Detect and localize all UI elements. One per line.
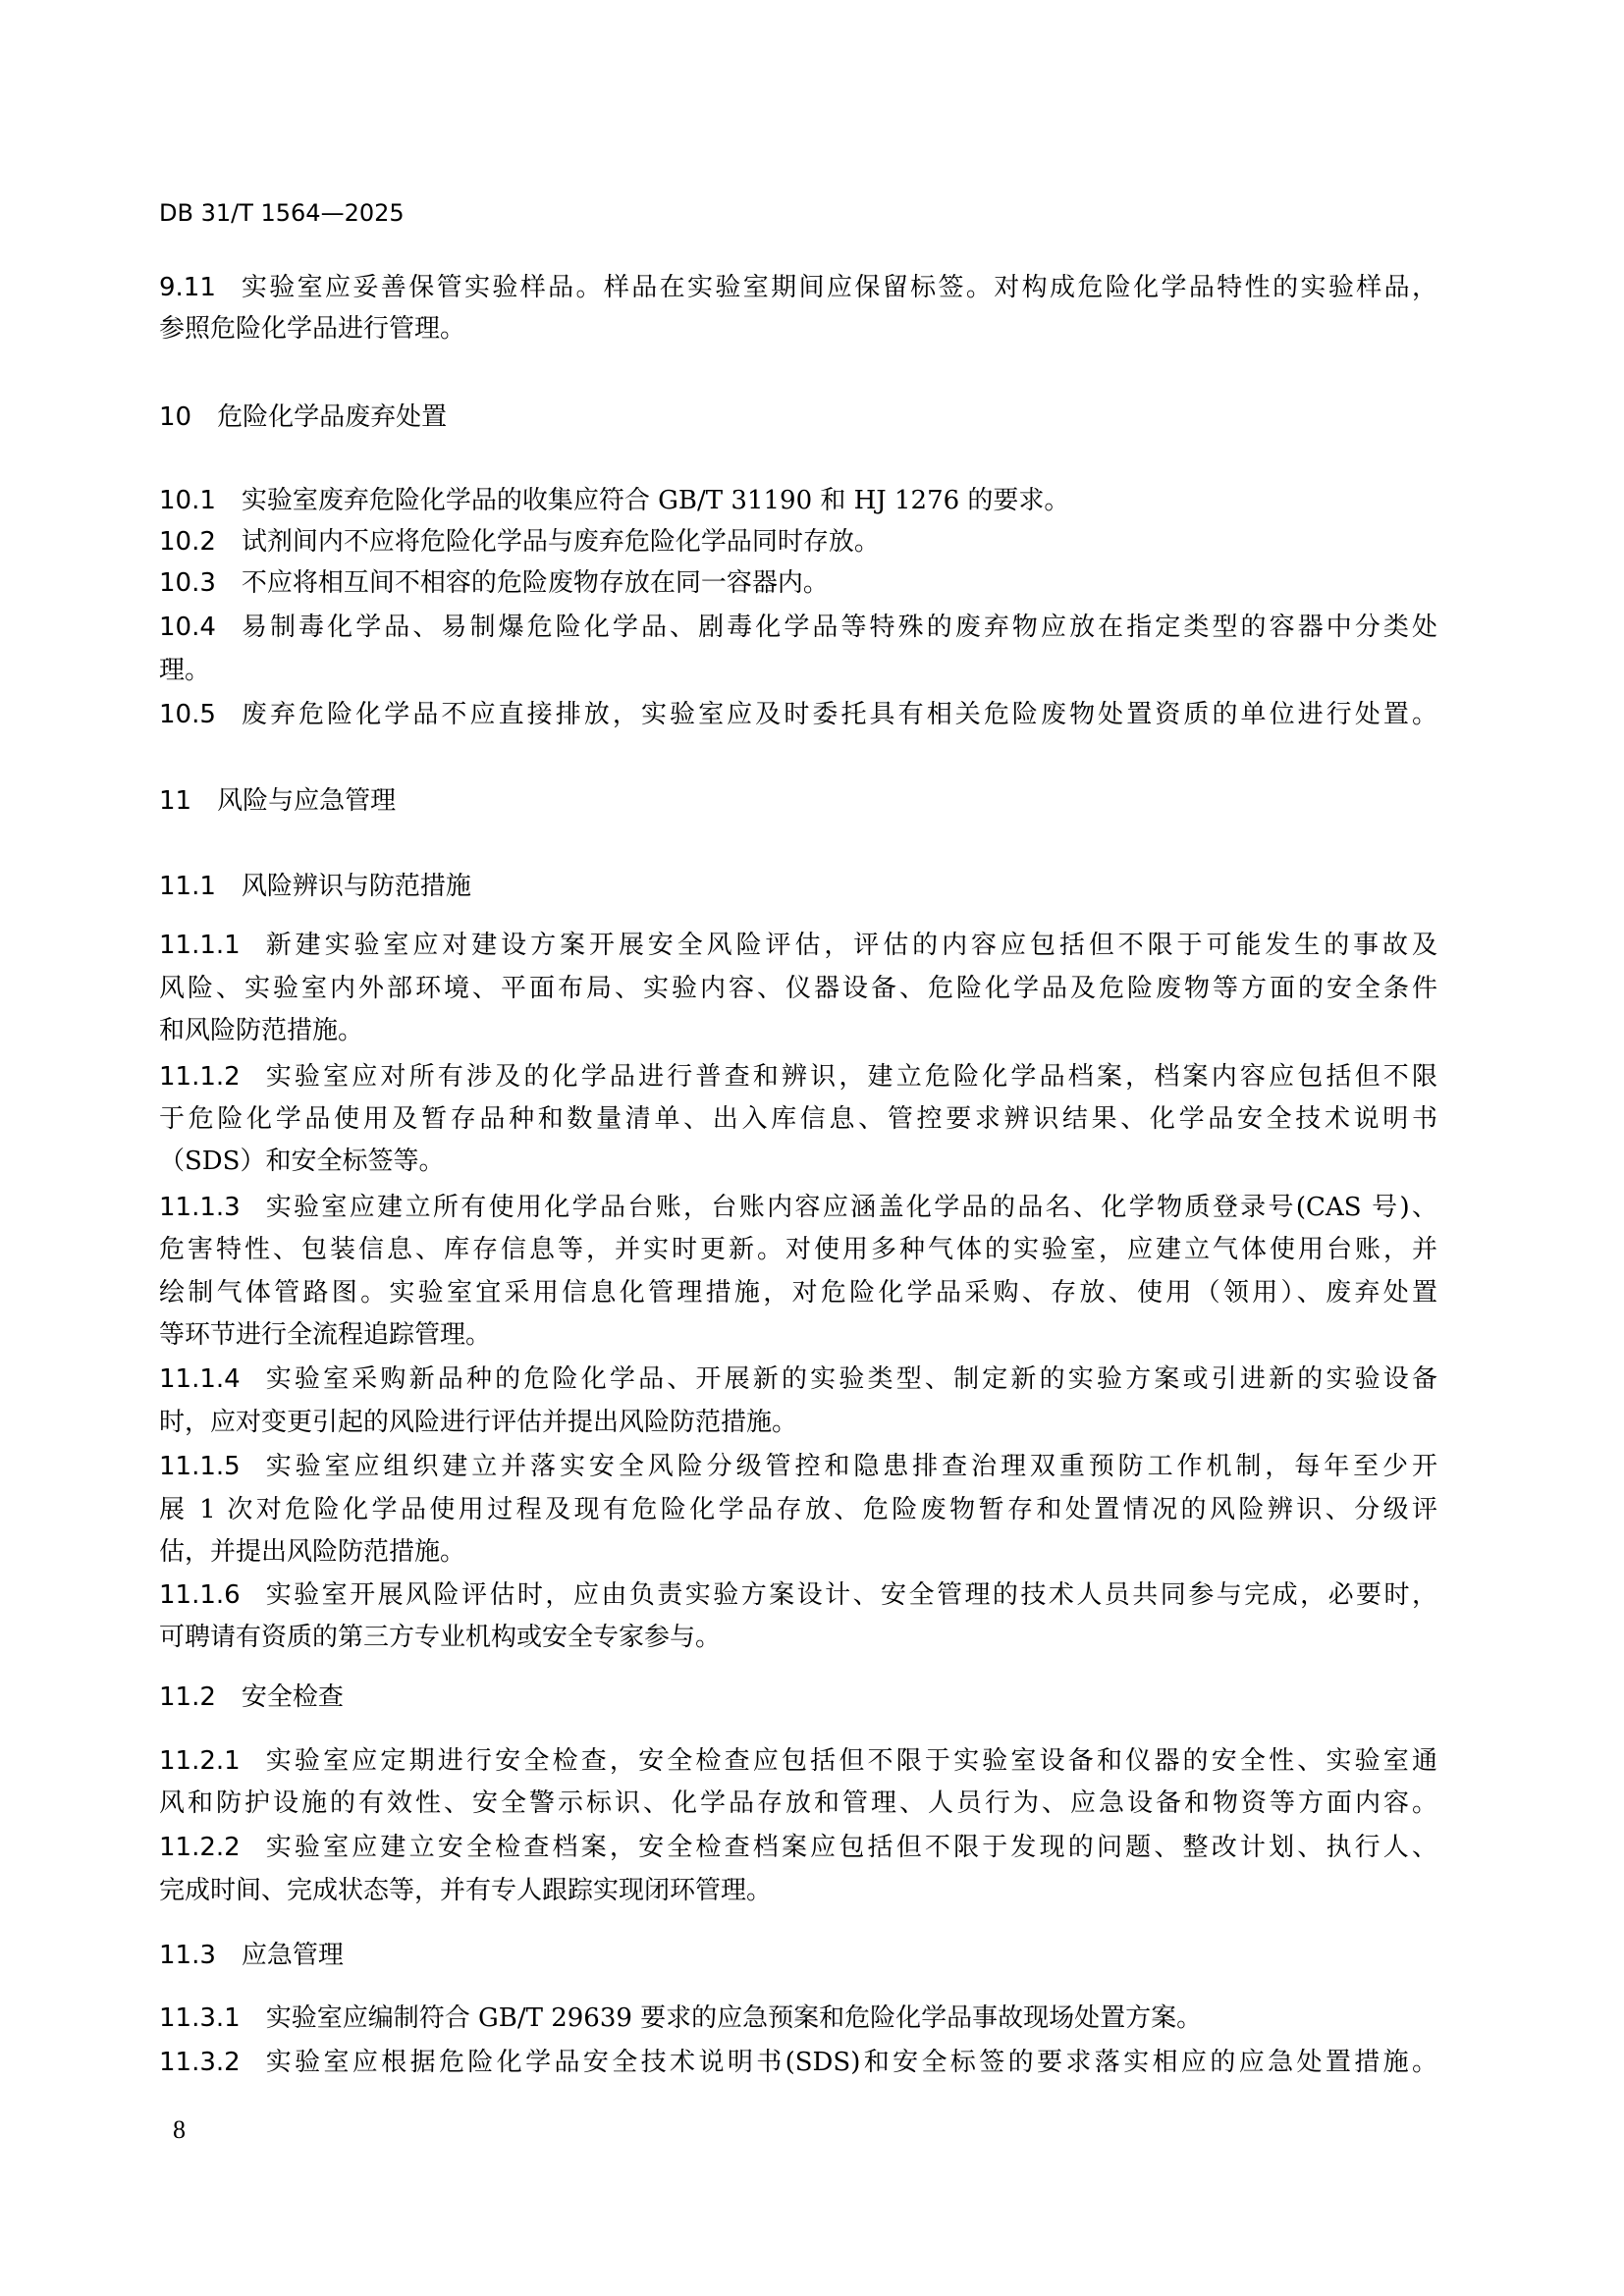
clause-number: 10.5 <box>159 700 216 729</box>
paragraph-line: 于危险化学品使用及暂存品种和数量清单、出入库信息、管控要求辨识结果、化学品安全技… <box>159 1104 1437 1134</box>
paragraph-line: 11.2.1实验室应定期进行安全检查，安全检查应包括但不限于实验室设备和仪器的安… <box>159 1746 1437 1776</box>
clause-number: 11.2.2 <box>159 1833 241 1862</box>
clause-text: 实验室应建立所有使用化学品台账，台账内容应涵盖化学品的品名、化学物质登录号(CA… <box>266 1193 1437 1222</box>
clause-text: （SDS）和安全标签等。 <box>159 1147 444 1176</box>
page-number: 8 <box>173 2115 186 2145</box>
clause-text: 风和防护设施的有效性、安全警示标识、化学品存放和管理、人员行为、应急设备和物资等… <box>159 1789 1437 1818</box>
clause-text: 理。 <box>159 656 210 685</box>
clause-number: 11.3 <box>159 1941 216 1970</box>
clause-text: 实验室应编制符合 GB/T 29639 要求的应急预案和危险化学品事故现场处置方… <box>266 2003 1202 2033</box>
paragraph-line: 展 1 次对危险化学品使用过程及现有危险化学品存放、危险废物暂存和处置情况的风险… <box>159 1495 1437 1524</box>
clause-text: 展 1 次对危险化学品使用过程及现有危险化学品存放、危险废物暂存和处置情况的风险… <box>159 1495 1437 1524</box>
paragraph-line: 和风险防范措施。 <box>159 1016 1437 1045</box>
paragraph-line: 等环节进行全流程追踪管理。 <box>159 1320 1437 1350</box>
section-heading: 11风险与应急管理 <box>159 786 1437 816</box>
clause-text: 实验室开展风险评估时，应由负责实验方案设计、安全管理的技术人员共同参与完成，必要… <box>266 1580 1437 1610</box>
clause-text: 实验室应组织建立并落实安全风险分级管控和隐患排查治理双重预防工作机制，每年至少开 <box>266 1452 1437 1481</box>
clause-text: 不应将相互间不相容的危险废物存放在同一容器内。 <box>242 568 829 598</box>
clause-number: 10 <box>159 402 191 432</box>
clause-text: 实验室应根据危险化学品安全技术说明书(SDS)和安全标签的要求落实相应的应急处置… <box>266 2048 1437 2077</box>
clause-text: 危险化学品废弃处置 <box>217 402 447 432</box>
paragraph-line: 估，并提出风险防范措施。 <box>159 1537 1437 1567</box>
clause-text: 风险、实验室内外部环境、平面布局、实验内容、仪器设备、危险化学品及危险废物等方面… <box>159 974 1437 1003</box>
clause-number: 11.3.2 <box>159 2048 241 2077</box>
clause-text: 于危险化学品使用及暂存品种和数量清单、出入库信息、管控要求辨识结果、化学品安全技… <box>159 1104 1437 1134</box>
paragraph-line: 可聘请有资质的第三方专业机构或安全专家参与。 <box>159 1623 1437 1652</box>
paragraph-line: （SDS）和安全标签等。 <box>159 1147 1437 1176</box>
clause-number: 11.1.3 <box>159 1193 241 1222</box>
clause-number: 11.3.1 <box>159 2003 241 2033</box>
clause-text: 时，应对变更引起的风险进行评估并提出风险防范措施。 <box>159 1408 797 1437</box>
clause-number: 11.2 <box>159 1682 216 1712</box>
clause-text: 安全检查 <box>242 1682 344 1712</box>
clause-number: 10.2 <box>159 527 216 557</box>
clause-number: 11.1.6 <box>159 1580 241 1610</box>
clause-text: 应急管理 <box>242 1941 344 1970</box>
clause-text: 实验室采购新品种的危险化学品、开展新的实验类型、制定新的实验方案或引进新的实验设… <box>266 1364 1437 1394</box>
paragraph-line: 11.3.2实验室应根据危险化学品安全技术说明书(SDS)和安全标签的要求落实相… <box>159 2048 1437 2077</box>
clause-text: 风险与应急管理 <box>217 786 396 816</box>
clause-text: 试剂间内不应将危险化学品与废弃危险化学品同时存放。 <box>242 527 880 557</box>
paragraph-line: 11.2.2实验室应建立安全检查档案，安全检查档案应包括但不限于发现的问题、整改… <box>159 1833 1437 1862</box>
clause-number: 11.2.1 <box>159 1746 241 1776</box>
paragraph-line: 理。 <box>159 656 1437 685</box>
paragraph-line: 完成时间、完成状态等，并有专人跟踪实现闭环管理。 <box>159 1876 1437 1905</box>
paragraph-line: 10.5废弃危险化学品不应直接排放，实验室应及时委托具有相关危险废物处置资质的单… <box>159 700 1437 729</box>
paragraph-line: 时，应对变更引起的风险进行评估并提出风险防范措施。 <box>159 1408 1437 1437</box>
paragraph-line: 10.4易制毒化学品、易制爆危险化学品、剧毒化学品等特殊的废弃物应放在指定类型的… <box>159 613 1437 642</box>
clause-number: 11 <box>159 786 191 816</box>
clause-text: 估，并提出风险防范措施。 <box>159 1537 465 1567</box>
paragraph-line: 11.1.4实验室采购新品种的危险化学品、开展新的实验类型、制定新的实验方案或引… <box>159 1364 1437 1394</box>
document-number-header: DB 31/T 1564—2025 <box>159 199 405 227</box>
clause-number: 11.1.1 <box>159 931 241 960</box>
paragraph-line: 11.1.5实验室应组织建立并落实安全风险分级管控和隐患排查治理双重预防工作机制… <box>159 1452 1437 1481</box>
paragraph-line: 11.1.1新建实验室应对建设方案开展安全风险评估，评估的内容应包括但不限于可能… <box>159 931 1437 960</box>
paragraph-line: 11.1.2实验室应对所有涉及的化学品进行普查和辨识，建立危险化学品档案，档案内… <box>159 1062 1437 1092</box>
clause-number: 10.4 <box>159 613 216 642</box>
paragraph-line: 风和防护设施的有效性、安全警示标识、化学品存放和管理、人员行为、应急设备和物资等… <box>159 1789 1437 1818</box>
paragraph-line: 10.3不应将相互间不相容的危险废物存放在同一容器内。 <box>159 568 1437 598</box>
paragraph-line: 11.3.1实验室应编制符合 GB/T 29639 要求的应急预案和危险化学品事… <box>159 2003 1437 2033</box>
paragraph-line: 绘制气体管路图。实验室宜采用信息化管理措施，对危险化学品采购、存放、使用（领用）… <box>159 1278 1437 1308</box>
clause-number: 11.1.2 <box>159 1062 241 1092</box>
clause-text: 易制毒化学品、易制爆危险化学品、剧毒化学品等特殊的废弃物应放在指定类型的容器中分… <box>242 613 1437 642</box>
clause-number: 11.1.5 <box>159 1452 241 1481</box>
clause-text: 实验室废弃危险化学品的收集应符合 GB/T 31190 和 HJ 1276 的要… <box>242 486 1070 515</box>
clause-number: 10.3 <box>159 568 216 598</box>
clause-text: 实验室应定期进行安全检查，安全检查应包括但不限于实验室设备和仪器的安全性、实验室… <box>266 1746 1437 1776</box>
clause-number: 9.11 <box>159 273 216 302</box>
paragraph-line: 10.1实验室废弃危险化学品的收集应符合 GB/T 31190 和 HJ 127… <box>159 486 1437 515</box>
clause-text: 新建实验室应对建设方案开展安全风险评估，评估的内容应包括但不限于可能发生的事故及 <box>266 931 1437 960</box>
paragraph-line: 11.1.3实验室应建立所有使用化学品台账，台账内容应涵盖化学品的品名、化学物质… <box>159 1193 1437 1222</box>
section-heading: 11.1风险辨识与防范措施 <box>159 872 1437 901</box>
clause-text: 参照危险化学品进行管理。 <box>159 314 465 344</box>
clause-number: 10.1 <box>159 486 216 515</box>
clause-text: 风险辨识与防范措施 <box>242 872 471 901</box>
section-heading: 11.2安全检查 <box>159 1682 1437 1712</box>
clause-text: 实验室应建立安全检查档案，安全检查档案应包括但不限于发现的问题、整改计划、执行人… <box>266 1833 1437 1862</box>
clause-text: 实验室应对所有涉及的化学品进行普查和辨识，建立危险化学品档案，档案内容应包括但不… <box>266 1062 1437 1092</box>
clause-text: 等环节进行全流程追踪管理。 <box>159 1320 491 1350</box>
clause-text: 完成时间、完成状态等，并有专人跟踪实现闭环管理。 <box>159 1876 772 1905</box>
clause-text: 危害特性、包装信息、库存信息等，并实时更新。对使用多种气体的实验室，应建立气体使… <box>159 1235 1437 1264</box>
section-heading: 10危险化学品废弃处置 <box>159 402 1437 432</box>
paragraph-line: 10.2试剂间内不应将危险化学品与废弃危险化学品同时存放。 <box>159 527 1437 557</box>
clause-text: 绘制气体管路图。实验室宜采用信息化管理措施，对危险化学品采购、存放、使用（领用）… <box>159 1278 1437 1308</box>
clause-text: 可聘请有资质的第三方专业机构或安全专家参与。 <box>159 1623 721 1652</box>
clause-text: 和风险防范措施。 <box>159 1016 363 1045</box>
paragraph-line: 9.11实验室应妥善保管实验样品。样品在实验室期间应保留标签。对构成危险化学品特… <box>159 273 1437 302</box>
paragraph-line: 风险、实验室内外部环境、平面布局、实验内容、仪器设备、危险化学品及危险废物等方面… <box>159 974 1437 1003</box>
clause-text: 实验室应妥善保管实验样品。样品在实验室期间应保留标签。对构成危险化学品特性的实验… <box>242 273 1437 302</box>
section-heading: 11.3应急管理 <box>159 1941 1437 1970</box>
paragraph-line: 危害特性、包装信息、库存信息等，并实时更新。对使用多种气体的实验室，应建立气体使… <box>159 1235 1437 1264</box>
clause-number: 11.1 <box>159 872 216 901</box>
paragraph-line: 11.1.6实验室开展风险评估时，应由负责实验方案设计、安全管理的技术人员共同参… <box>159 1580 1437 1610</box>
clause-number: 11.1.4 <box>159 1364 241 1394</box>
paragraph-line: 参照危险化学品进行管理。 <box>159 314 1437 344</box>
clause-text: 废弃危险化学品不应直接排放，实验室应及时委托具有相关危险废物处置资质的单位进行处… <box>242 700 1437 729</box>
